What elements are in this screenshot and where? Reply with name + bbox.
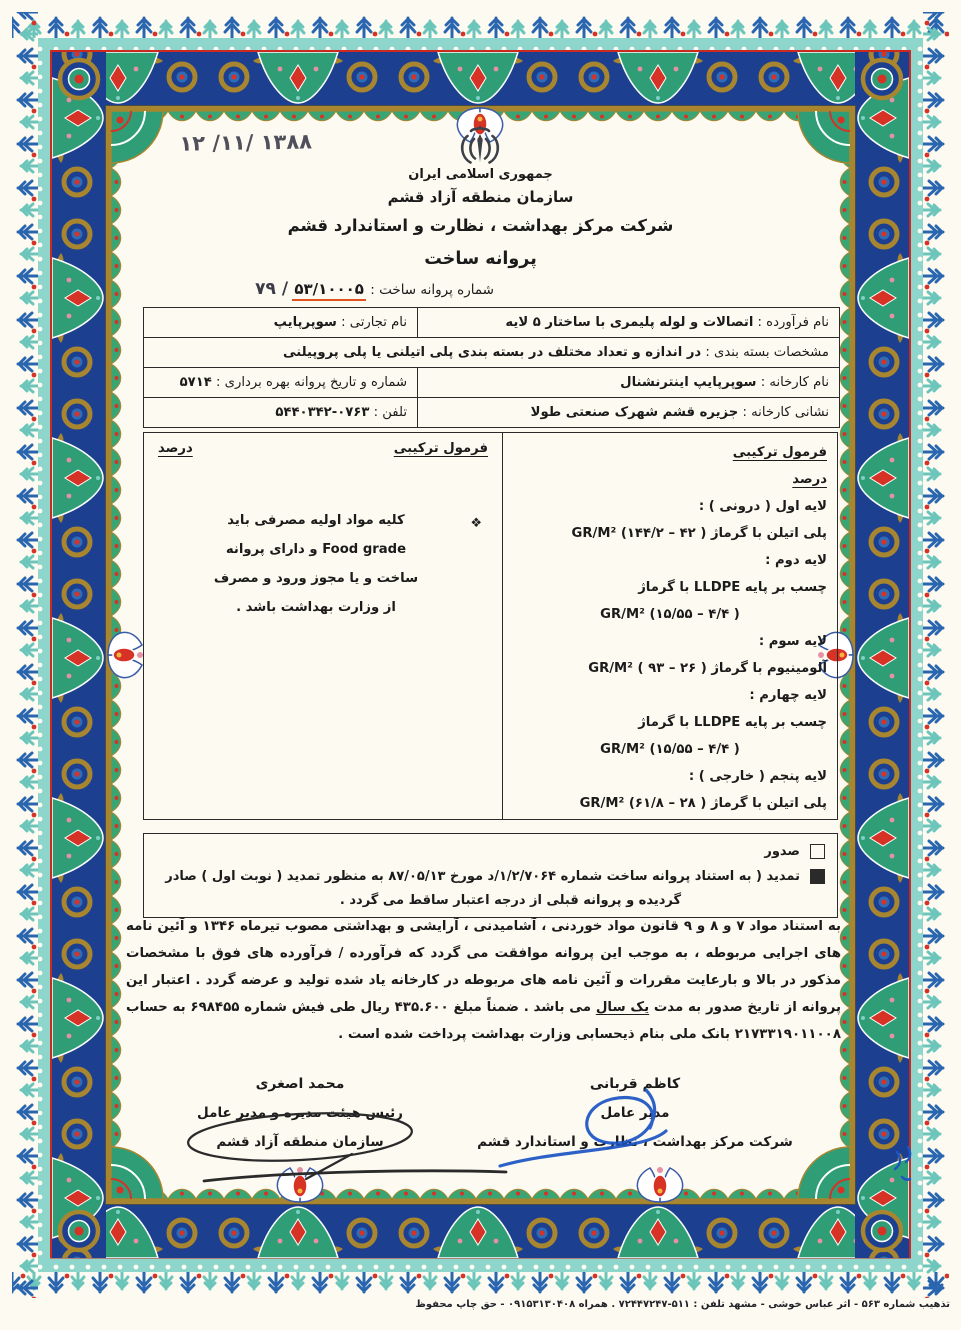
renewal-checkbox-checked <box>810 869 825 884</box>
operation-license-cell: شماره و تاریخ پروانه بهره برداری : ۵۷۱۴ <box>144 373 417 392</box>
organization-name: سازمان منطقه آزاد قشم <box>0 188 961 206</box>
phone-label: تلفن : <box>374 405 407 420</box>
formula-header: فرمول ترکیبی <box>733 445 827 460</box>
formula-line: پلی اتیلن با گرماژ GR/M² (۶۱/۸ – ۲۸ ) <box>513 790 827 817</box>
signature-block-left: محمد اصغری رئیس هیئت مدیره و مدیر عامل س… <box>148 1070 452 1157</box>
signature-block-right: کاظم قربانی مدیر عامل شرکت مرکز بهداشت ،… <box>468 1070 802 1157</box>
address-cell: نشانی کارخانه : جزیره قشم شهرک صنعتی طول… <box>417 398 839 427</box>
issue-label: صدور <box>764 840 800 863</box>
packaging-label: مشخصات بسته بندی : <box>705 345 829 360</box>
formula-line: آلومینیوم با گرماژ GR/M² ( ۹۳ – ۲۶ ) <box>513 655 827 682</box>
formula-line: چسب بر پایه LLDPE با گرماژ <box>513 574 827 601</box>
trade-name-label: نام تجارتی : <box>341 315 407 330</box>
operation-license-label: شماره و تاریخ پروانه بهره برداری : <box>216 375 407 390</box>
table-row-product: نام فرآورده : اتصالات و لوله پلیمری با س… <box>144 308 839 337</box>
formula-line: لایه اول ( درونی ) : <box>513 493 827 520</box>
renewal-text: تمدید ( به استناد پروانه ساخت شماره ۱/۲/… <box>165 865 800 888</box>
issuance-section: صدور تمدید ( به استناد پروانه ساخت شماره… <box>143 833 838 918</box>
certificate-page: ۱۳۸۸ /۱۱/ ۱۲ جمهوری اسلامی ایران سازمان … <box>0 0 961 1330</box>
trade-name-cell: نام تجارتی : سوپرپایپ <box>144 313 417 332</box>
signer-name: کاظم قربانی <box>468 1070 802 1099</box>
formula-line: لایه سوم : <box>513 628 827 655</box>
factory-cell: نام کارخانه : سوپرپایپ اینترنشنال <box>417 368 839 397</box>
diamond-bullet-icon: ❖ <box>470 509 482 538</box>
address-label: نشانی کارخانه : <box>742 405 829 420</box>
signer-role: رئیس هیئت مدیره و مدیر عامل <box>148 1099 452 1128</box>
license-number-line: شماره پروانه ساخت : ۵۳/۱۰۰۰۵ / ۷۹ <box>128 279 494 299</box>
table-row-factory: نام کارخانه : سوپرپایپ اینترنشنال شماره … <box>144 367 839 397</box>
formula-line: چسب بر پایه LLDPE با گرماژ <box>513 709 827 736</box>
formula-line: GR/M² (۱۵/۵۵ – ۴/۴ ) <box>513 601 827 628</box>
product-cell: نام فرآورده : اتصالات و لوله پلیمری با س… <box>417 308 839 337</box>
formula-section: فرمول ترکیبی درصد لایه اول ( درونی ) : پ… <box>143 432 838 820</box>
formula-right-column: فرمول ترکیبی درصد لایه اول ( درونی ) : پ… <box>502 433 837 819</box>
note-line: کلیه مواد اولیه مصرفی باید <box>174 506 458 535</box>
phone-cell: تلفن : ۰۷۶۳-۵۴۴۰۳۴۲ <box>144 403 417 422</box>
license-number-handwritten: / ۷۹ <box>255 279 288 299</box>
country-name: جمهوری اسلامی ایران <box>0 167 961 182</box>
issue-row: صدور <box>144 839 837 864</box>
product-info-table: نام فرآورده : اتصالات و لوله پلیمری با س… <box>143 307 840 428</box>
formula-header: فرمول ترکیبی <box>394 441 488 456</box>
signer-org: شرکت مرکز بهداشت ، نظارت و استاندارد قشم <box>468 1128 802 1157</box>
iran-emblem-icon <box>454 124 506 168</box>
formula-line: GR/M² (۱۵/۵۵ – ۴/۴ ) <box>513 736 827 763</box>
packaging-value: در اندازه و تعداد مختلف در بسته بندی پلی… <box>283 345 701 360</box>
trade-name-value: سوپرپایپ <box>274 315 337 330</box>
food-grade-note: ❖ کلیه مواد اولیه مصرفی باید Food grade … <box>174 506 458 622</box>
license-number-label: شماره پروانه ساخت : <box>370 282 494 298</box>
formula-line: لایه پنجم ( خارجی ) : <box>513 763 827 790</box>
product-value: اتصالات و لوله پلیمری با ساختار ۵ لایه <box>505 315 753 330</box>
handwritten-date: ۱۳۸۸ /۱۱/ ۱۲ <box>132 129 312 156</box>
phone-value: ۰۷۶۳-۵۴۴۰۳۴۲ <box>275 405 369 420</box>
printer-credit-line: تذهیب شماره ۵۶۳ - اثر عباس خوشی - مشهد ت… <box>330 1299 950 1310</box>
document-title: پروانه ساخت <box>0 249 961 269</box>
product-label: نام فرآورده : <box>758 315 829 330</box>
formula-left-column: فرمول ترکیبی درصد ❖ کلیه مواد اولیه مصرف… <box>144 433 502 819</box>
note-line: ساخت و یا مجوز ورود و مصرف <box>174 564 458 593</box>
formula-line: لایه دوم : <box>513 547 827 574</box>
validity-duration: یک سال <box>596 1000 649 1015</box>
signer-role: مدیر عامل <box>468 1099 802 1128</box>
issuer-name: شرکت مرکز بهداشت ، نظارت و استاندارد قشم <box>0 216 961 235</box>
license-number-value: ۵۳/۱۰۰۰۵ <box>292 280 366 301</box>
legal-paragraph: به استناد مواد ۷ و ۸ و ۹ قانون مواد خورد… <box>126 913 841 1048</box>
operation-license-value: ۵۷۱۴ <box>180 375 212 390</box>
factory-label: نام کارخانه : <box>761 375 829 390</box>
renewal-text-continued: گردیده و پروانه قبلی از درجه اعتبار ساقط… <box>144 889 837 913</box>
issue-checkbox <box>810 844 825 859</box>
note-line: Food grade و دارای پروانه <box>174 535 458 564</box>
formula-line: لایه چهارم : <box>513 682 827 709</box>
packaging-cell: مشخصات بسته بندی : در اندازه و تعداد مخت… <box>273 343 839 362</box>
percent-header: درصد <box>792 472 827 487</box>
table-row-address: نشانی کارخانه : جزیره قشم شهرک صنعتی طول… <box>144 397 839 427</box>
note-line: از وزارت بهداشت باشد . <box>174 593 458 622</box>
address-value: جزیره قشم شهرک صنعتی طولا <box>531 405 739 420</box>
formula-line: پلی اتیلن با گرماژ GR/M² (۱۴۴/۲ – ۴۲ ) <box>513 520 827 547</box>
renewal-row: تمدید ( به استناد پروانه ساخت شماره ۱/۲/… <box>144 864 837 889</box>
signer-name: محمد اصغری <box>148 1070 452 1099</box>
table-row-packaging: مشخصات بسته بندی : در اندازه و تعداد مخت… <box>144 337 839 367</box>
percent-header: درصد <box>158 441 193 456</box>
signer-org: سازمان منطقه آزاد قشم <box>148 1128 452 1157</box>
factory-value: سوپرپایپ اینترنشنال <box>620 375 756 390</box>
